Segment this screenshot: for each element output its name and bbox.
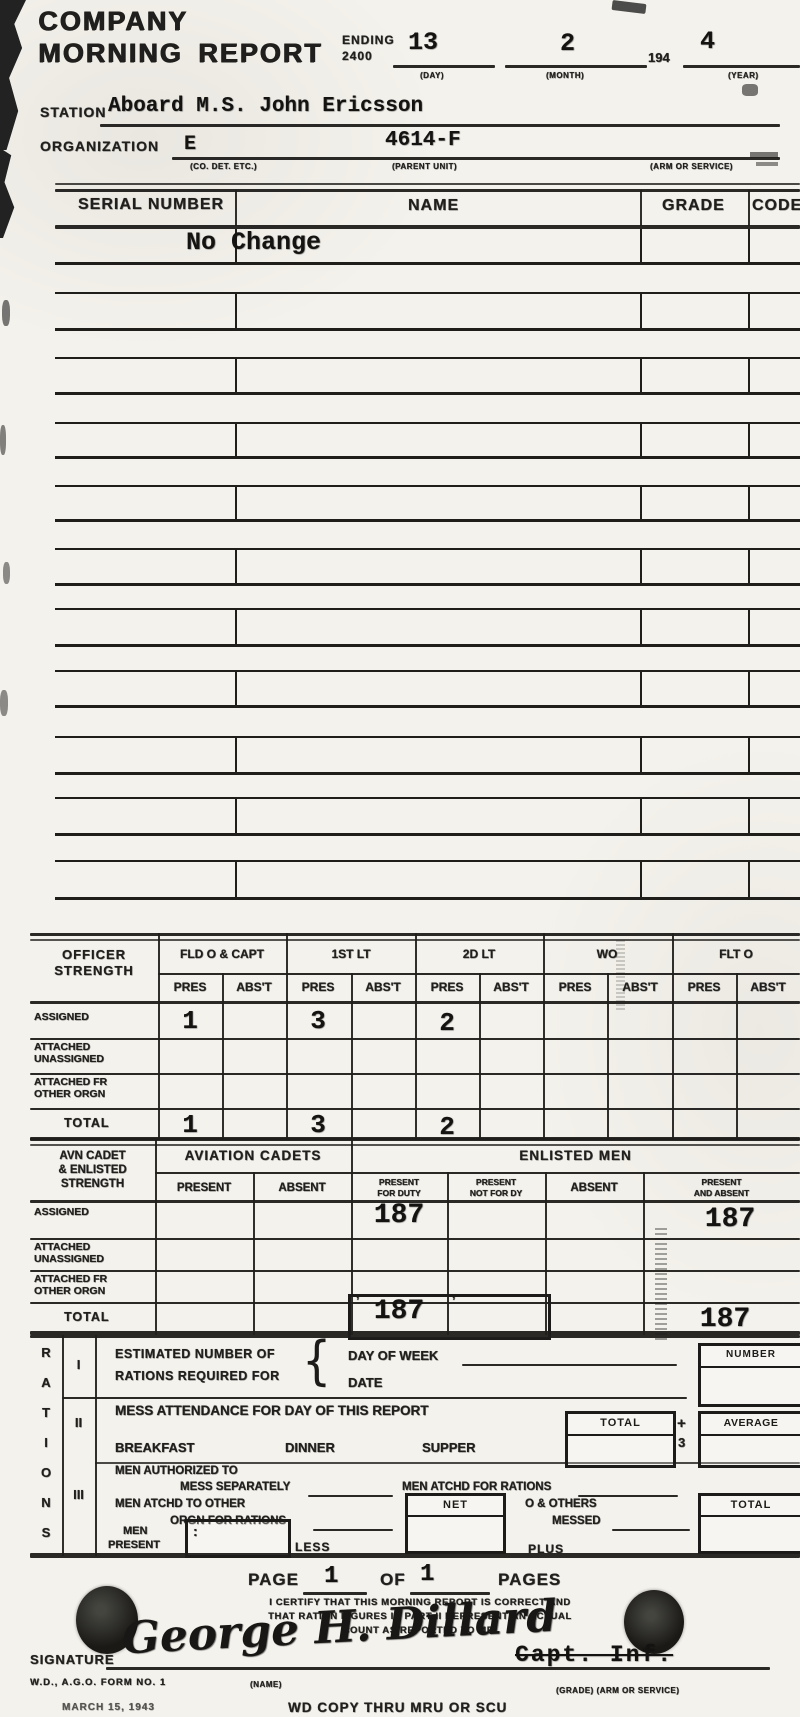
officer-row-other-orgn: OTHER ORGN bbox=[34, 1088, 105, 1100]
cadet-enlisted-table: AVN CADET & ENLISTED STRENGTH AVIATION C… bbox=[30, 1138, 800, 1335]
roster-col-code: CODE bbox=[752, 197, 800, 215]
edge-mark-artifact bbox=[2, 300, 10, 326]
page-label: PAGE bbox=[248, 1570, 299, 1590]
roster-column-divider bbox=[235, 799, 237, 833]
month-line bbox=[505, 65, 647, 68]
roster-row bbox=[55, 357, 800, 395]
rations2-supper: SUPPER bbox=[422, 1440, 475, 1455]
roster-col-grade: GRADE bbox=[662, 197, 725, 215]
rations-letter: N bbox=[30, 1495, 62, 1510]
ending-time: 2400 bbox=[342, 49, 373, 63]
divide-number: 3 bbox=[678, 1435, 685, 1450]
rations1-date: DATE bbox=[348, 1375, 382, 1390]
grade-sublabel: (GRADE) (ARM OR SERVICE) bbox=[556, 1686, 679, 1695]
officer-abst-header: ABS'T bbox=[353, 980, 413, 994]
station-line bbox=[100, 124, 780, 127]
copy-routing-note: WD COPY THRU MRU OR SCU bbox=[288, 1700, 507, 1715]
form-date: MARCH 15, 1943 bbox=[62, 1702, 155, 1713]
signature-label: SIGNATURE bbox=[30, 1652, 115, 1667]
roster-row bbox=[55, 736, 800, 775]
form-number: W.D., A.G.O. FORM NO. 1 bbox=[30, 1677, 166, 1688]
roster-column-divider bbox=[748, 550, 750, 583]
cadet-col-present-for-duty-2: FOR DUTY bbox=[351, 1188, 447, 1198]
officer-group-flt-o: FLT O bbox=[676, 947, 796, 961]
roster-column-divider bbox=[748, 799, 750, 833]
officer-assigned-2lt-pres: 2 bbox=[427, 1008, 467, 1038]
officer-abst-header: ABS'T bbox=[610, 980, 670, 994]
rations-total-box: TOTAL bbox=[698, 1493, 800, 1554]
cadet-col-present-and-absent-2: AND ABSENT bbox=[643, 1188, 800, 1198]
officer-total-fldo-pres: 1 bbox=[170, 1110, 210, 1140]
roster-column-divider bbox=[235, 294, 237, 328]
roster-column-divider bbox=[748, 862, 750, 897]
cadet-row-other-orgn: OTHER ORGN bbox=[34, 1285, 105, 1297]
grade-value: Capt. Inf. bbox=[515, 1642, 673, 1668]
roster-row bbox=[55, 670, 800, 708]
edge-mark-artifact bbox=[0, 690, 8, 716]
pages-label: PAGES bbox=[498, 1570, 561, 1590]
roster-column-divider bbox=[748, 294, 750, 328]
officer-row-attached-fr: ATTACHED FR bbox=[34, 1076, 107, 1088]
roster-column-divider bbox=[640, 487, 642, 519]
officer-strength-label2: STRENGTH bbox=[30, 963, 158, 978]
messed-line bbox=[612, 1529, 690, 1531]
page-value: 1 bbox=[324, 1563, 338, 1590]
cadet-label3: STRENGTH bbox=[30, 1178, 155, 1190]
roster-column-divider bbox=[235, 738, 237, 772]
mess-total-label: TOTAL bbox=[568, 1417, 673, 1429]
roster-column-divider bbox=[235, 359, 237, 392]
number-box-label: NUMBER bbox=[701, 1349, 800, 1360]
colon-mark: : bbox=[193, 1523, 198, 1539]
roster-column-divider bbox=[235, 672, 237, 705]
rations3-o-others: O & OTHERS bbox=[525, 1498, 597, 1510]
officer-abst-header: ABS'T bbox=[224, 980, 284, 994]
rations-total-label: TOTAL bbox=[701, 1499, 800, 1511]
cadet-col-absent2: ABSENT bbox=[545, 1182, 643, 1194]
station-value: Aboard M.S. John Ericsson bbox=[108, 95, 423, 118]
officer-abst-header: ABS'T bbox=[738, 980, 798, 994]
rations-numeral-2: II bbox=[62, 1415, 95, 1430]
orgn-rations-line bbox=[313, 1529, 393, 1531]
cadet-col-present: PRESENT bbox=[155, 1182, 253, 1194]
roster-top-line bbox=[55, 183, 800, 185]
rations3-less: LESS bbox=[295, 1540, 330, 1554]
officer-assigned-fldo-pres: 1 bbox=[170, 1006, 210, 1036]
rations3-men: MEN bbox=[123, 1525, 147, 1537]
rations-numeral-1: I bbox=[62, 1357, 95, 1372]
officer-total-1lt-pres: 3 bbox=[298, 1110, 338, 1140]
rations1-day-of-week: DAY OF WEEK bbox=[348, 1348, 438, 1363]
officer-abst-header: ABS'T bbox=[481, 980, 541, 994]
rations3-present: PRESENT bbox=[108, 1539, 160, 1551]
officer-row-unassigned: UNASSIGNED bbox=[34, 1053, 104, 1065]
roster-top-line2 bbox=[55, 189, 800, 192]
station-label: STATION bbox=[40, 104, 106, 120]
organization-sublabel: (CO. DET. ETC.) bbox=[190, 162, 257, 171]
roster-column-divider bbox=[748, 672, 750, 705]
form-title-line2: MORNING REPORT bbox=[38, 38, 323, 69]
divide-sign: + bbox=[677, 1415, 686, 1432]
rations-numeral-3: III bbox=[62, 1487, 95, 1502]
cadet-col-absent: ABSENT bbox=[253, 1182, 351, 1194]
officer-row-assigned: ASSIGNED bbox=[34, 1011, 89, 1023]
roster-column-divider bbox=[748, 424, 750, 456]
roster-row bbox=[55, 797, 800, 836]
ending-label: ENDING bbox=[342, 33, 395, 47]
page-line bbox=[303, 1592, 367, 1595]
roster-row bbox=[55, 485, 800, 522]
officer-strength-label1: OFFICER bbox=[30, 947, 158, 962]
roster-column-divider bbox=[640, 862, 642, 897]
roster-column-divider bbox=[640, 672, 642, 705]
rations2-title: MESS ATTENDANCE FOR DAY OF THIS REPORT bbox=[115, 1403, 429, 1418]
rations-section: R A T I O N S I II III ESTIMATED NUMBER … bbox=[30, 1335, 800, 1558]
signature-handwriting: George H. Dillard bbox=[121, 1591, 558, 1665]
cadet-assigned-present-for-duty: 187 bbox=[351, 1200, 447, 1231]
roster-column-divider bbox=[640, 799, 642, 833]
officer-pres-header: PRES bbox=[160, 980, 220, 994]
organization-label: ORGANIZATION bbox=[40, 138, 159, 154]
roster-column-divider bbox=[748, 359, 750, 392]
officer-group-2d-lt: 2D LT bbox=[419, 947, 539, 961]
organization-value: E bbox=[184, 133, 196, 156]
roster-column-divider bbox=[235, 610, 237, 644]
form-title-line1: COMPANY bbox=[38, 6, 188, 37]
cadet-col-present-not-duty-1: PRESENT bbox=[447, 1177, 545, 1187]
edge-blob-artifact bbox=[0, 148, 15, 238]
year-line bbox=[683, 65, 800, 68]
year-prefix: 194 bbox=[648, 50, 670, 65]
pages-value: 1 bbox=[420, 1561, 434, 1588]
cadet-row-assigned: ASSIGNED bbox=[34, 1206, 89, 1218]
edge-mark-artifact bbox=[0, 425, 6, 455]
organization-line bbox=[172, 157, 780, 160]
officer-pres-header: PRES bbox=[674, 980, 734, 994]
roster-entry-no-change: No Change bbox=[186, 228, 321, 257]
rations-letter: R bbox=[30, 1345, 62, 1360]
cadet-label2: & ENLISTED bbox=[30, 1164, 155, 1176]
roster-row bbox=[55, 229, 800, 265]
cadet-row-attached-fr: ATTACHED FR bbox=[34, 1273, 107, 1285]
edge-mark-artifact bbox=[3, 562, 10, 584]
officer-pres-header: PRES bbox=[417, 980, 477, 994]
month-value: 2 bbox=[560, 29, 575, 58]
cadet-col-present-not-duty-2: NOT FOR DY bbox=[447, 1188, 545, 1198]
net-box: NET bbox=[405, 1493, 506, 1554]
roster-header-divider bbox=[640, 190, 642, 226]
rations2-breakfast: BREAKFAST bbox=[115, 1440, 194, 1455]
roster-column-divider bbox=[748, 610, 750, 644]
officer-group-wo: WO bbox=[547, 947, 667, 961]
of-label: OF bbox=[380, 1570, 406, 1590]
rations-letter: I bbox=[30, 1435, 62, 1450]
name-sublabel: (NAME) bbox=[250, 1680, 282, 1689]
roster-column-divider bbox=[235, 550, 237, 583]
day-value: 13 bbox=[408, 28, 438, 57]
cadet-row-unassigned: UNASSIGNED bbox=[34, 1253, 104, 1265]
cadet-col-present-for-duty-1: PRESENT bbox=[351, 1177, 447, 1187]
brace-glyph: { bbox=[302, 1329, 331, 1391]
rations2-dinner: DINNER bbox=[285, 1440, 335, 1455]
day-line bbox=[393, 65, 495, 68]
roster-column-divider bbox=[748, 487, 750, 519]
cadet-row-total: TOTAL bbox=[64, 1310, 110, 1324]
cadet-group-aviation: AVIATION CADETS bbox=[155, 1148, 351, 1163]
parent-unit-sublabel: (PARENT UNIT) bbox=[392, 162, 457, 171]
cadet-label1: AVN CADET bbox=[30, 1150, 155, 1162]
rations3-messed: MESSED bbox=[552, 1515, 601, 1527]
average-label: AVERAGE bbox=[701, 1417, 800, 1429]
roster-row bbox=[55, 422, 800, 459]
cadet-group-enlisted: ENLISTED MEN bbox=[351, 1148, 800, 1163]
rations-letter: S bbox=[30, 1525, 62, 1540]
roster-column-divider bbox=[640, 738, 642, 772]
roster-header-divider bbox=[235, 190, 237, 226]
rations3-authorized: MEN AUTHORIZED TO bbox=[115, 1465, 238, 1477]
officer-assigned-1lt-pres: 3 bbox=[298, 1006, 338, 1036]
month-sublabel: (MONTH) bbox=[546, 71, 584, 80]
day-sublabel: (DAY) bbox=[420, 71, 444, 80]
cadet-col-present-and-absent-1: PRESENT bbox=[643, 1177, 800, 1187]
rations3-mess-separately: MESS SEPARATELY bbox=[180, 1481, 290, 1493]
mess-separately-line bbox=[308, 1495, 393, 1497]
officer-pres-header: PRES bbox=[288, 980, 348, 994]
roster-col-name: NAME bbox=[408, 197, 459, 215]
officer-strength-table: OFFICER STRENGTH FLD O & CAPT 1ST LT 2D … bbox=[30, 933, 800, 1140]
men-atchd-line bbox=[578, 1495, 678, 1497]
rations-letter: T bbox=[30, 1405, 62, 1420]
roster-header-divider bbox=[748, 190, 750, 226]
roster-column-divider bbox=[748, 738, 750, 772]
roster-column-divider bbox=[640, 294, 642, 328]
rations3-men-atchd-rations: MEN ATCHD FOR RATIONS bbox=[402, 1481, 551, 1493]
smudge-artifact bbox=[742, 84, 758, 96]
roster-column-divider bbox=[640, 550, 642, 583]
rations1-label-line2: RATIONS REQUIRED FOR bbox=[115, 1369, 280, 1383]
net-label: NET bbox=[408, 1499, 503, 1511]
mess-total-box: TOTAL bbox=[565, 1411, 676, 1468]
rations-letter: O bbox=[30, 1465, 62, 1480]
roster-column-divider bbox=[640, 359, 642, 392]
officer-group-fldo-capt: FLD O & CAPT bbox=[162, 947, 282, 961]
roster-row bbox=[55, 548, 800, 586]
number-box: NUMBER bbox=[698, 1343, 800, 1407]
parent-unit-value: 4614-F bbox=[385, 129, 461, 152]
roster-column-divider bbox=[235, 424, 237, 456]
officer-pres-header: PRES bbox=[545, 980, 605, 994]
roster-column-divider bbox=[235, 862, 237, 897]
smudge-artifact bbox=[756, 162, 778, 166]
year-sublabel: (YEAR) bbox=[728, 71, 759, 80]
cadet-total-present-for-duty: 187 bbox=[351, 1296, 447, 1327]
cadet-total-present-and-absent: 187 bbox=[670, 1304, 780, 1335]
rations-letter: A bbox=[30, 1375, 62, 1390]
torn-edge-artifact bbox=[0, 0, 26, 150]
roster-column-divider bbox=[640, 229, 642, 262]
rations3-men-atchd-other: MEN ATCHD TO OTHER bbox=[115, 1498, 245, 1510]
roster-row bbox=[55, 860, 800, 900]
cadet-row-attached: ATTACHED bbox=[34, 1241, 90, 1253]
officer-row-total: TOTAL bbox=[64, 1116, 110, 1130]
day-of-week-line bbox=[462, 1364, 677, 1366]
roster-row bbox=[55, 608, 800, 647]
rations1-label-line1: ESTIMATED NUMBER OF bbox=[115, 1347, 275, 1361]
year-value: 4 bbox=[700, 27, 715, 56]
arm-service-sublabel: (ARM OR SERVICE) bbox=[650, 162, 733, 171]
top-smudge-artifact bbox=[612, 0, 647, 14]
roster-column-divider bbox=[640, 610, 642, 644]
tick-mark: ’ bbox=[452, 1294, 455, 1308]
officer-row-attached: ATTACHED bbox=[34, 1041, 90, 1053]
roster-row bbox=[55, 292, 800, 331]
roster-column-divider bbox=[640, 424, 642, 456]
morning-report-scan: COMPANY MORNING REPORT ENDING 2400 13 (D… bbox=[0, 0, 800, 1717]
cadet-assigned-present-and-absent: 187 bbox=[680, 1204, 780, 1235]
roster-column-divider bbox=[748, 229, 750, 262]
roster-column-divider bbox=[235, 487, 237, 519]
average-box: AVERAGE bbox=[698, 1411, 800, 1468]
officer-group-1st-lt: 1ST LT bbox=[291, 947, 411, 961]
roster-col-serial: SERIAL NUMBER bbox=[78, 196, 224, 214]
